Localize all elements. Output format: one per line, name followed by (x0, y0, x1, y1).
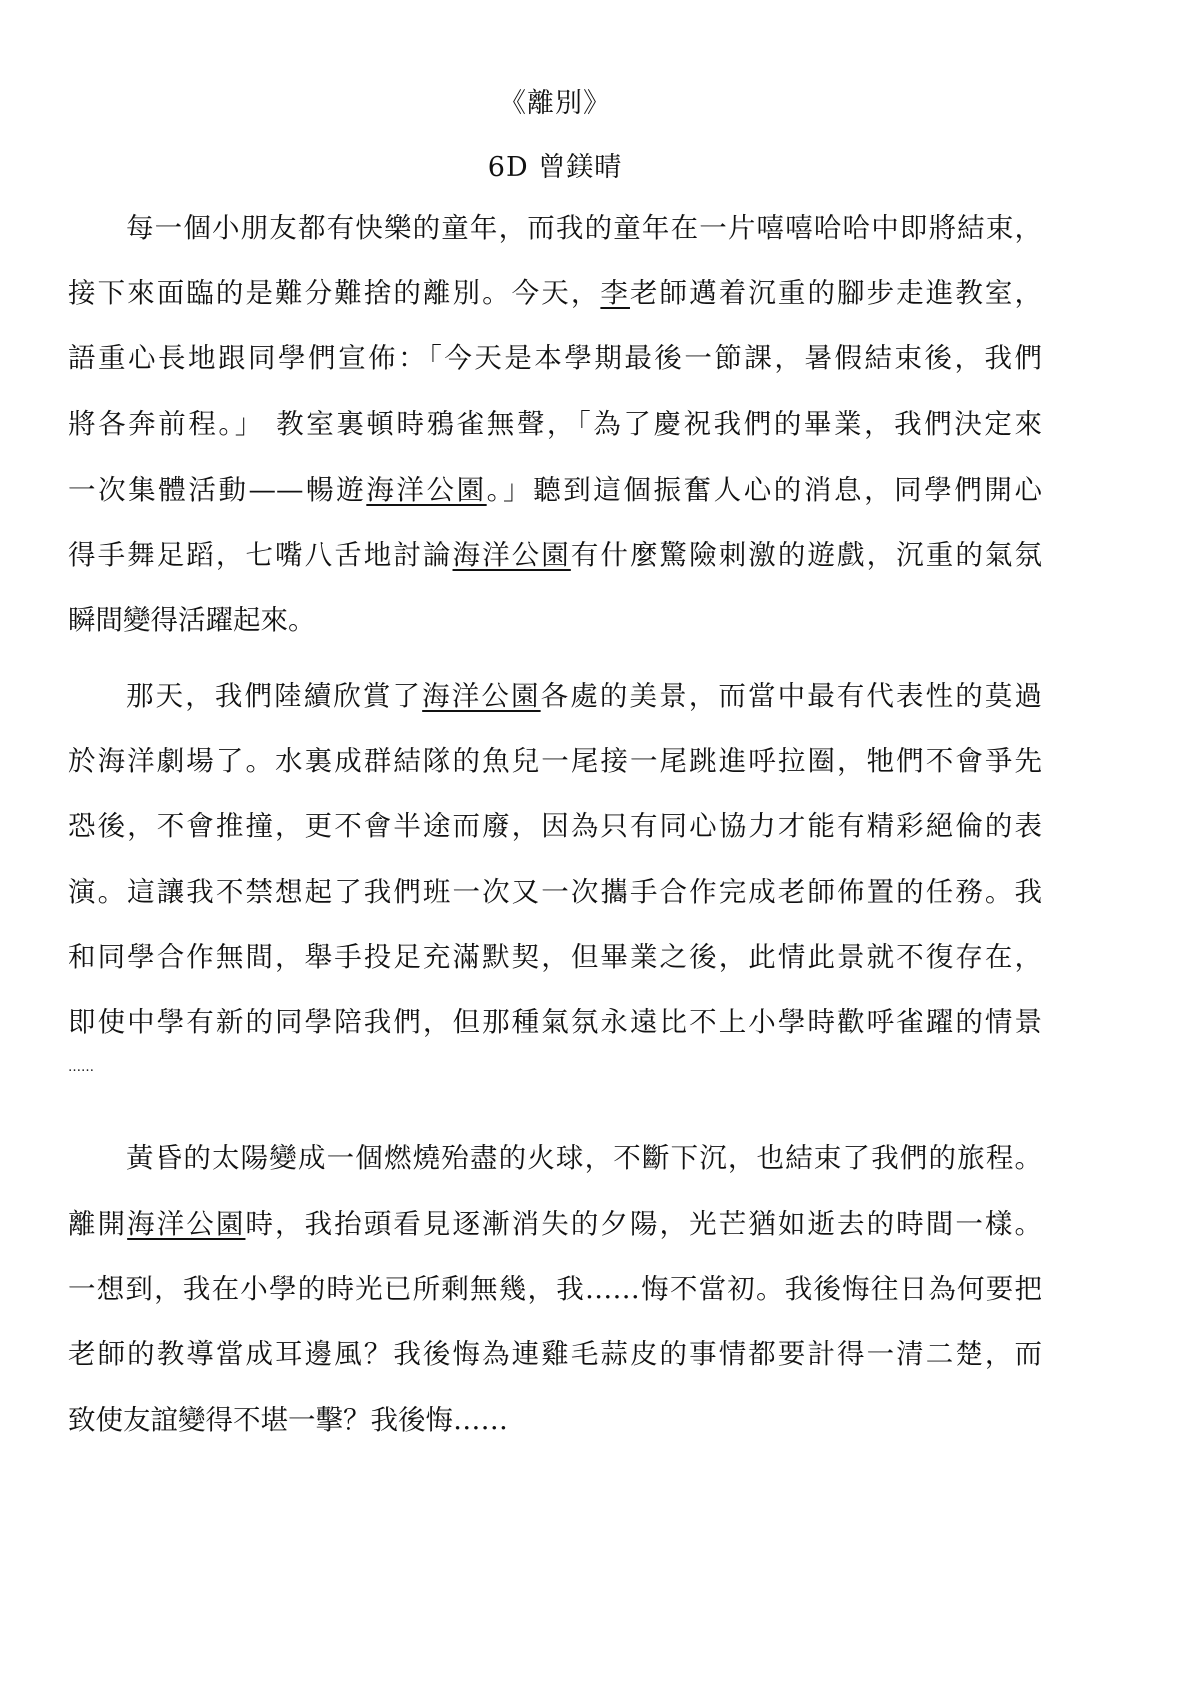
text-run: 演。這讓我不禁想起了我們班一次又一次攜手合作完成老師佈置的任務。我 (68, 876, 1042, 908)
paragraph-2-line-5: 和同學合作無間，舉手投足充滿默契，但畢業之後，此情此景就不復存在， (68, 937, 1042, 977)
paragraph-2-line-4: 演。這讓我不禁想起了我們班一次又一次攜手合作完成老師佈置的任務。我 (68, 872, 1042, 912)
text-run: 離開 (68, 1208, 127, 1240)
paragraph-1-line-1: 每一個小朋友都有快樂的童年，而我的童年在一片嘻嘻哈哈中即將結束， (68, 208, 1042, 248)
text-run: 。」聽到這個振奮人心的消息，同學們開心 (487, 474, 1042, 506)
paragraph-3-line-4: 老師的教導當成耳邊風？我後悔為連雞毛蒜皮的事情都要計得一清二楚，而 (68, 1334, 1042, 1374)
paragraph-1-line-5: 一次集體活動——暢遊海洋公園。」聽到這個振奮人心的消息，同學們開心 (68, 470, 1042, 510)
text-run: 一次集體活動——暢遊 (68, 474, 366, 506)
text-run: 老師邁着沉重的腳步走進教室， (630, 277, 1042, 309)
text-run: 黃昏的太陽變成一個燃燒殆盡的火球，不斷下沉，也結束了我們的旅程。 (126, 1142, 1042, 1174)
text-run: 於海洋劇場了。水裏成群結隊的魚兒一尾接一尾跳進呼拉圈，牠們不會爭先 (68, 745, 1042, 777)
paragraph-1-line-4: 將各奔前程。」 教室裏頓時鴉雀無聲，「為了慶祝我們的畢業，我們決定來 (68, 404, 1042, 444)
underlined-proper-noun: 海洋公園 (366, 474, 486, 506)
text-run: 恐後，不會推撞，更不會半途而廢，因為只有同心協力才能有精彩絕倫的表 (68, 810, 1042, 842)
paragraph-3-line-5: 致使友誼變得不堪一擊？我後悔…… (68, 1400, 1042, 1440)
text-run: 接下來面臨的是難分難捨的離別。今天， (68, 277, 600, 309)
document-title: 《離別》 (68, 84, 1042, 124)
paragraph-2-line-6: 即使中學有新的同學陪我們，但那種氣氛永遠比不上小學時歡呼雀躍的情景 (68, 1002, 1042, 1042)
underlined-proper-noun: 海洋公園 (422, 680, 540, 712)
underlined-proper-noun: 海洋公園 (127, 1208, 245, 1240)
paragraph-2-line-2: 於海洋劇場了。水裏成群結隊的魚兒一尾接一尾跳進呼拉圈，牠們不會爭先 (68, 741, 1042, 781)
paragraph-1-line-2: 接下來面臨的是難分難捨的離別。今天，李老師邁着沉重的腳步走進教室， (68, 273, 1042, 313)
text-run: 每一個小朋友都有快樂的童年，而我的童年在一片嘻嘻哈哈中即將結束， (126, 212, 1042, 244)
paragraph-3-line-2: 離開海洋公園時，我抬頭看見逐漸消失的夕陽，光芒猶如逝去的時間一樣。 (68, 1204, 1042, 1244)
document-author: 6D 曾鎂晴 (68, 148, 1042, 188)
text-run: 一想到，我在小學的時光已所剩無幾，我……悔不當初。我後悔往日為何要把 (68, 1273, 1042, 1305)
text-run: 即使中學有新的同學陪我們，但那種氣氛永遠比不上小學時歡呼雀躍的情景 (68, 1006, 1042, 1038)
paragraph-3-line-1: 黃昏的太陽變成一個燃燒殆盡的火球，不斷下沉，也結束了我們的旅程。 (68, 1138, 1042, 1178)
paragraph-1-line-7: 瞬間變得活躍起來。 (68, 600, 1042, 640)
paragraph-2-line-3: 恐後，不會推撞，更不會半途而廢，因為只有同心協力才能有精彩絕倫的表 (68, 806, 1042, 846)
text-run: 那天，我們陸續欣賞了 (126, 680, 422, 712)
trailing-ellipsis: …… (68, 1058, 94, 1078)
paragraph-3-line-3: 一想到，我在小學的時光已所剩無幾，我……悔不當初。我後悔往日為何要把 (68, 1269, 1042, 1309)
text-run: 各處的美景，而當中最有代表性的莫過 (541, 680, 1042, 712)
text-run: 和同學合作無間，舉手投足充滿默契，但畢業之後，此情此景就不復存在， (68, 941, 1042, 973)
underlined-proper-noun: 李 (600, 277, 630, 309)
text-run: 將各奔前程。」 教室裏頓時鴉雀無聲，「為了慶祝我們的畢業，我們決定來 (68, 408, 1042, 440)
text-run: 時，我抬頭看見逐漸消失的夕陽，光芒猶如逝去的時間一樣。 (245, 1208, 1042, 1240)
text-run: 得手舞足蹈，七嘴八舌地討論 (68, 539, 453, 571)
text-run: 老師的教導當成耳邊風？我後悔為連雞毛蒜皮的事情都要計得一清二楚，而 (68, 1338, 1042, 1370)
paragraph-1-line-6: 得手舞足蹈，七嘴八舌地討論海洋公園有什麼驚險刺激的遊戲，沉重的氣氛 (68, 535, 1042, 575)
paragraph-1-line-3: 語重心長地跟同學們宣佈：「今天是本學期最後一節課，暑假結束後，我們 (68, 338, 1042, 378)
text-run: 語重心長地跟同學們宣佈：「今天是本學期最後一節課，暑假結束後，我們 (68, 342, 1042, 374)
text-run: 瞬間變得活躍起來。 (68, 604, 316, 636)
text-run: 有什麼驚險刺激的遊戲，沉重的氣氛 (571, 539, 1042, 571)
paragraph-2-line-1: 那天，我們陸續欣賞了海洋公園各處的美景，而當中最有代表性的莫過 (68, 676, 1042, 716)
underlined-proper-noun: 海洋公園 (453, 539, 571, 571)
text-run: 致使友誼變得不堪一擊？我後悔…… (68, 1404, 508, 1436)
